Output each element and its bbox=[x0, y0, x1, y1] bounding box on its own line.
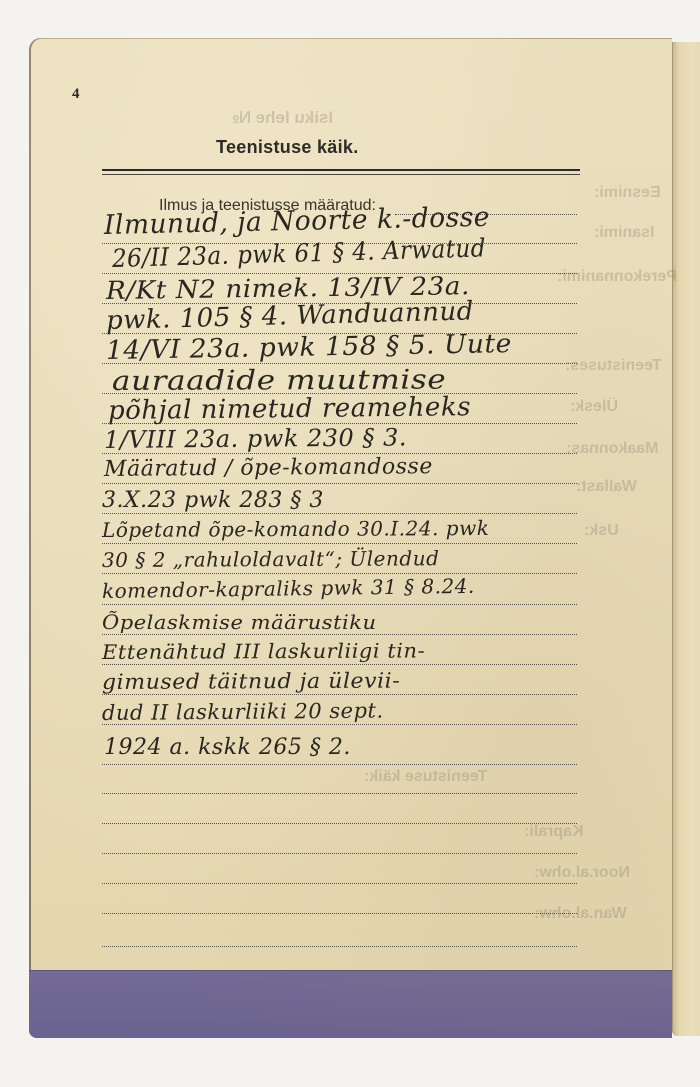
handwritten-line: 1924 a. kskk 265 § 2. bbox=[104, 735, 351, 760]
handwritten-line: Määratud / õpe-komandosse bbox=[104, 454, 433, 482]
ruled-line bbox=[102, 823, 577, 824]
ruled-line bbox=[102, 604, 577, 605]
bleed-through-text: Wallast: bbox=[576, 478, 637, 496]
bleed-through-text: Usk: bbox=[584, 522, 619, 540]
ruled-line bbox=[102, 793, 577, 794]
ruled-line bbox=[102, 664, 577, 665]
ruled-line bbox=[102, 634, 577, 635]
handwritten-line: Õpelaskmise määrustiku bbox=[102, 610, 377, 634]
bleed-through-text: Noor.al.ohw: bbox=[534, 864, 630, 882]
ruled-line bbox=[102, 573, 577, 574]
ruled-line bbox=[102, 883, 577, 884]
handwritten-line: gimused täitnud ja ülevii- bbox=[102, 669, 400, 694]
bleed-through-text: Teenistuses: bbox=[565, 357, 662, 375]
handwritten-line: 30 § 2 „rahuloldavalt“; Ülendud bbox=[102, 546, 439, 572]
cover-strip bbox=[29, 970, 672, 1038]
title-rule-thick bbox=[102, 169, 580, 171]
ruled-line bbox=[102, 853, 577, 854]
bleed-through-text: Teenistuse käik: bbox=[364, 768, 487, 786]
ruled-line bbox=[102, 483, 577, 484]
ruled-line bbox=[102, 513, 577, 514]
page-title: Teenistuse käik. bbox=[0, 137, 700, 158]
next-page-edge bbox=[672, 42, 700, 1036]
bleed-through-text: Eesnimi: bbox=[594, 184, 661, 202]
bleed-through-text: Kaprali: bbox=[524, 823, 584, 841]
handwritten-line: Ettenähtud III laskurliigi tin- bbox=[102, 638, 425, 664]
bleed-through-text: Maakonnas: bbox=[566, 440, 658, 458]
title-rule-thin bbox=[102, 174, 580, 175]
bleed-through-text: Isiku lehe № bbox=[232, 108, 333, 128]
bleed-through-text: Perekonnanimi: bbox=[557, 268, 677, 286]
page-title-text: Teenistuse käik. bbox=[216, 137, 359, 157]
ruled-line bbox=[102, 946, 577, 947]
handwritten-line: põhjal nimetud reameheks bbox=[108, 392, 471, 426]
handwritten-line: Lõpetand õpe-komando 30.I.24. pwk bbox=[102, 516, 489, 542]
handwritten-line: 1/VIII 23a. pwk 230 § 3. bbox=[104, 423, 407, 454]
page-number: 4 bbox=[72, 86, 80, 103]
ruled-line bbox=[102, 764, 577, 765]
handwritten-line: 3.X.23 pwk 283 § 3 bbox=[102, 488, 324, 513]
bleed-through-text: Ülesk: bbox=[570, 398, 618, 416]
handwritten-line: dud II laskurliiki 20 sept. bbox=[102, 699, 384, 725]
ruled-line bbox=[102, 543, 577, 544]
ruled-line bbox=[102, 694, 577, 695]
bleed-through-text: Isanimi: bbox=[594, 224, 654, 242]
ruled-line bbox=[102, 913, 577, 914]
bleed-through-text: Wan.al.ohw: bbox=[534, 905, 627, 923]
